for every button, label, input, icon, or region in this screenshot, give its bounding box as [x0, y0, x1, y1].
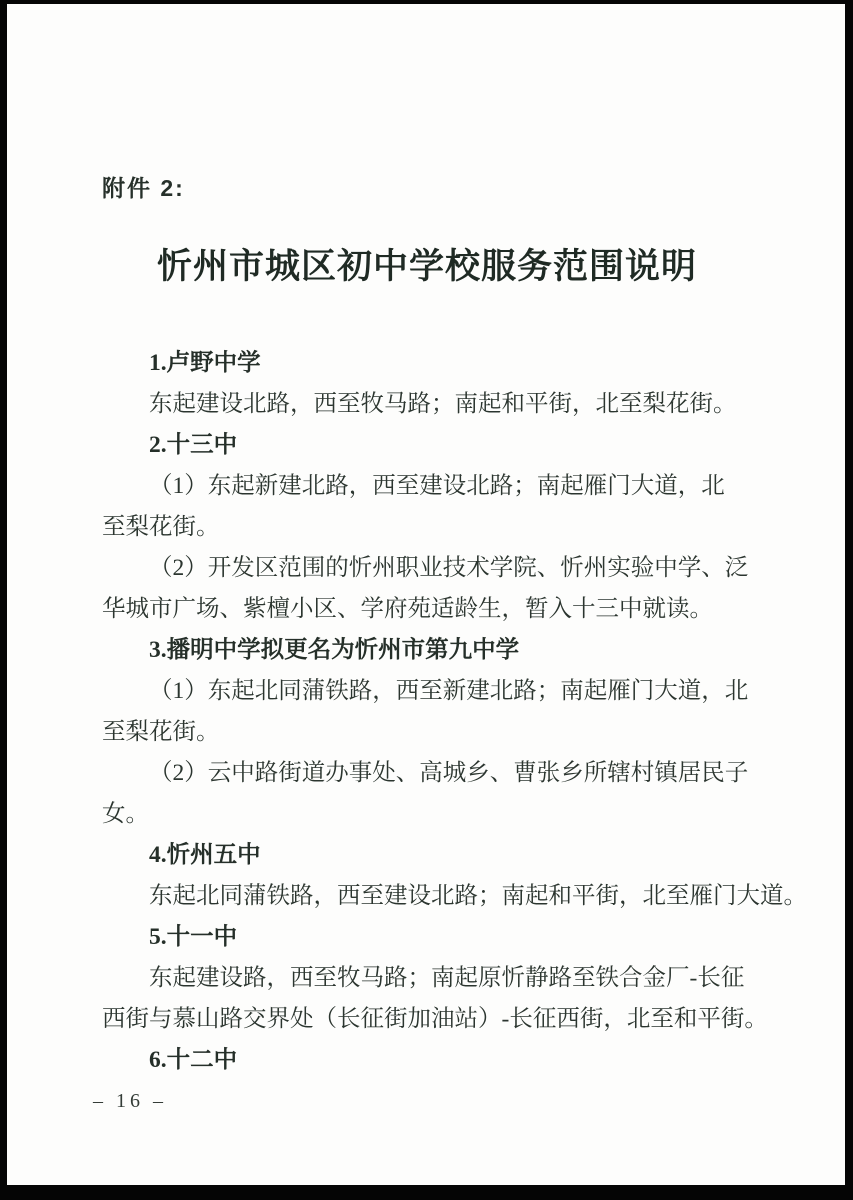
paragraph-continuation-line: 女。: [102, 794, 752, 835]
paragraph-continuation-line: 西街与慕山路交界处（长征街加油站）-长征西街，北至和平街。: [102, 999, 752, 1040]
section-heading: 3.播明中学拟更名为忻州市第九中学: [102, 630, 752, 671]
section-heading: 6.十二中: [102, 1040, 752, 1081]
paragraph-first-line: （1）东起北同蒲铁路，西至新建北路；南起雁门大道，北: [102, 671, 752, 712]
paragraph-first-line: （1）东起新建北路，西至建设北路；南起雁门大道，北: [102, 466, 752, 507]
scanned-document-screenshot: { "document": { "attachment_label": "附件 …: [0, 0, 853, 1200]
school-section: 2.十三中（1）东起新建北路，西至建设北路；南起雁门大道，北至梨花街。（2）开发…: [102, 425, 752, 630]
section-heading: 4.忻州五中: [102, 835, 752, 876]
paragraph-first-line: 东起北同蒲铁路，西至建设北路；南起和平街，北至雁门大道。: [102, 876, 752, 917]
school-section: 3.播明中学拟更名为忻州市第九中学（1）东起北同蒲铁路，西至新建北路；南起雁门大…: [102, 630, 752, 835]
school-section: 1.卢野中学东起建设北路，西至牧马路；南起和平街，北至梨花街。: [102, 343, 752, 425]
paragraph-continuation-line: 至梨花街。: [102, 712, 752, 753]
document-content: 附件 2: 忻州市城区初中学校服务范围说明 1.卢野中学东起建设北路，西至牧马路…: [102, 4, 752, 1081]
document-page: 附件 2: 忻州市城区初中学校服务范围说明 1.卢野中学东起建设北路，西至牧马路…: [7, 4, 845, 1185]
document-body: 1.卢野中学东起建设北路，西至牧马路；南起和平街，北至梨花街。2.十三中（1）东…: [102, 343, 752, 1081]
school-section: 6.十二中: [102, 1040, 752, 1081]
school-section: 4.忻州五中东起北同蒲铁路，西至建设北路；南起和平街，北至雁门大道。: [102, 835, 752, 917]
page-number: – 16 –: [93, 1088, 167, 1114]
section-heading: 1.卢野中学: [102, 343, 752, 384]
paragraph-continuation-line: 华城市广场、紫檀小区、学府苑适龄生，暂入十三中就读。: [102, 589, 752, 630]
paragraph-first-line: 东起建设路，西至牧马路；南起原忻静路至铁合金厂-长征: [102, 958, 752, 999]
paragraph-first-line: （2）开发区范围的忻州职业技术学院、忻州实验中学、泛: [102, 548, 752, 589]
section-heading: 2.十三中: [102, 425, 752, 466]
paragraph-first-line: 东起建设北路，西至牧马路；南起和平街，北至梨花街。: [102, 384, 752, 425]
paragraph-first-line: （2）云中路街道办事处、高城乡、曹张乡所辖村镇居民子: [102, 753, 752, 794]
paragraph-continuation-line: 至梨花街。: [102, 507, 752, 548]
document-title: 忻州市城区初中学校服务范围说明: [102, 244, 752, 290]
section-heading: 5.十一中: [102, 917, 752, 958]
school-section: 5.十一中东起建设路，西至牧马路；南起原忻静路至铁合金厂-长征西街与慕山路交界处…: [102, 917, 752, 1040]
attachment-label: 附件 2:: [102, 174, 752, 202]
